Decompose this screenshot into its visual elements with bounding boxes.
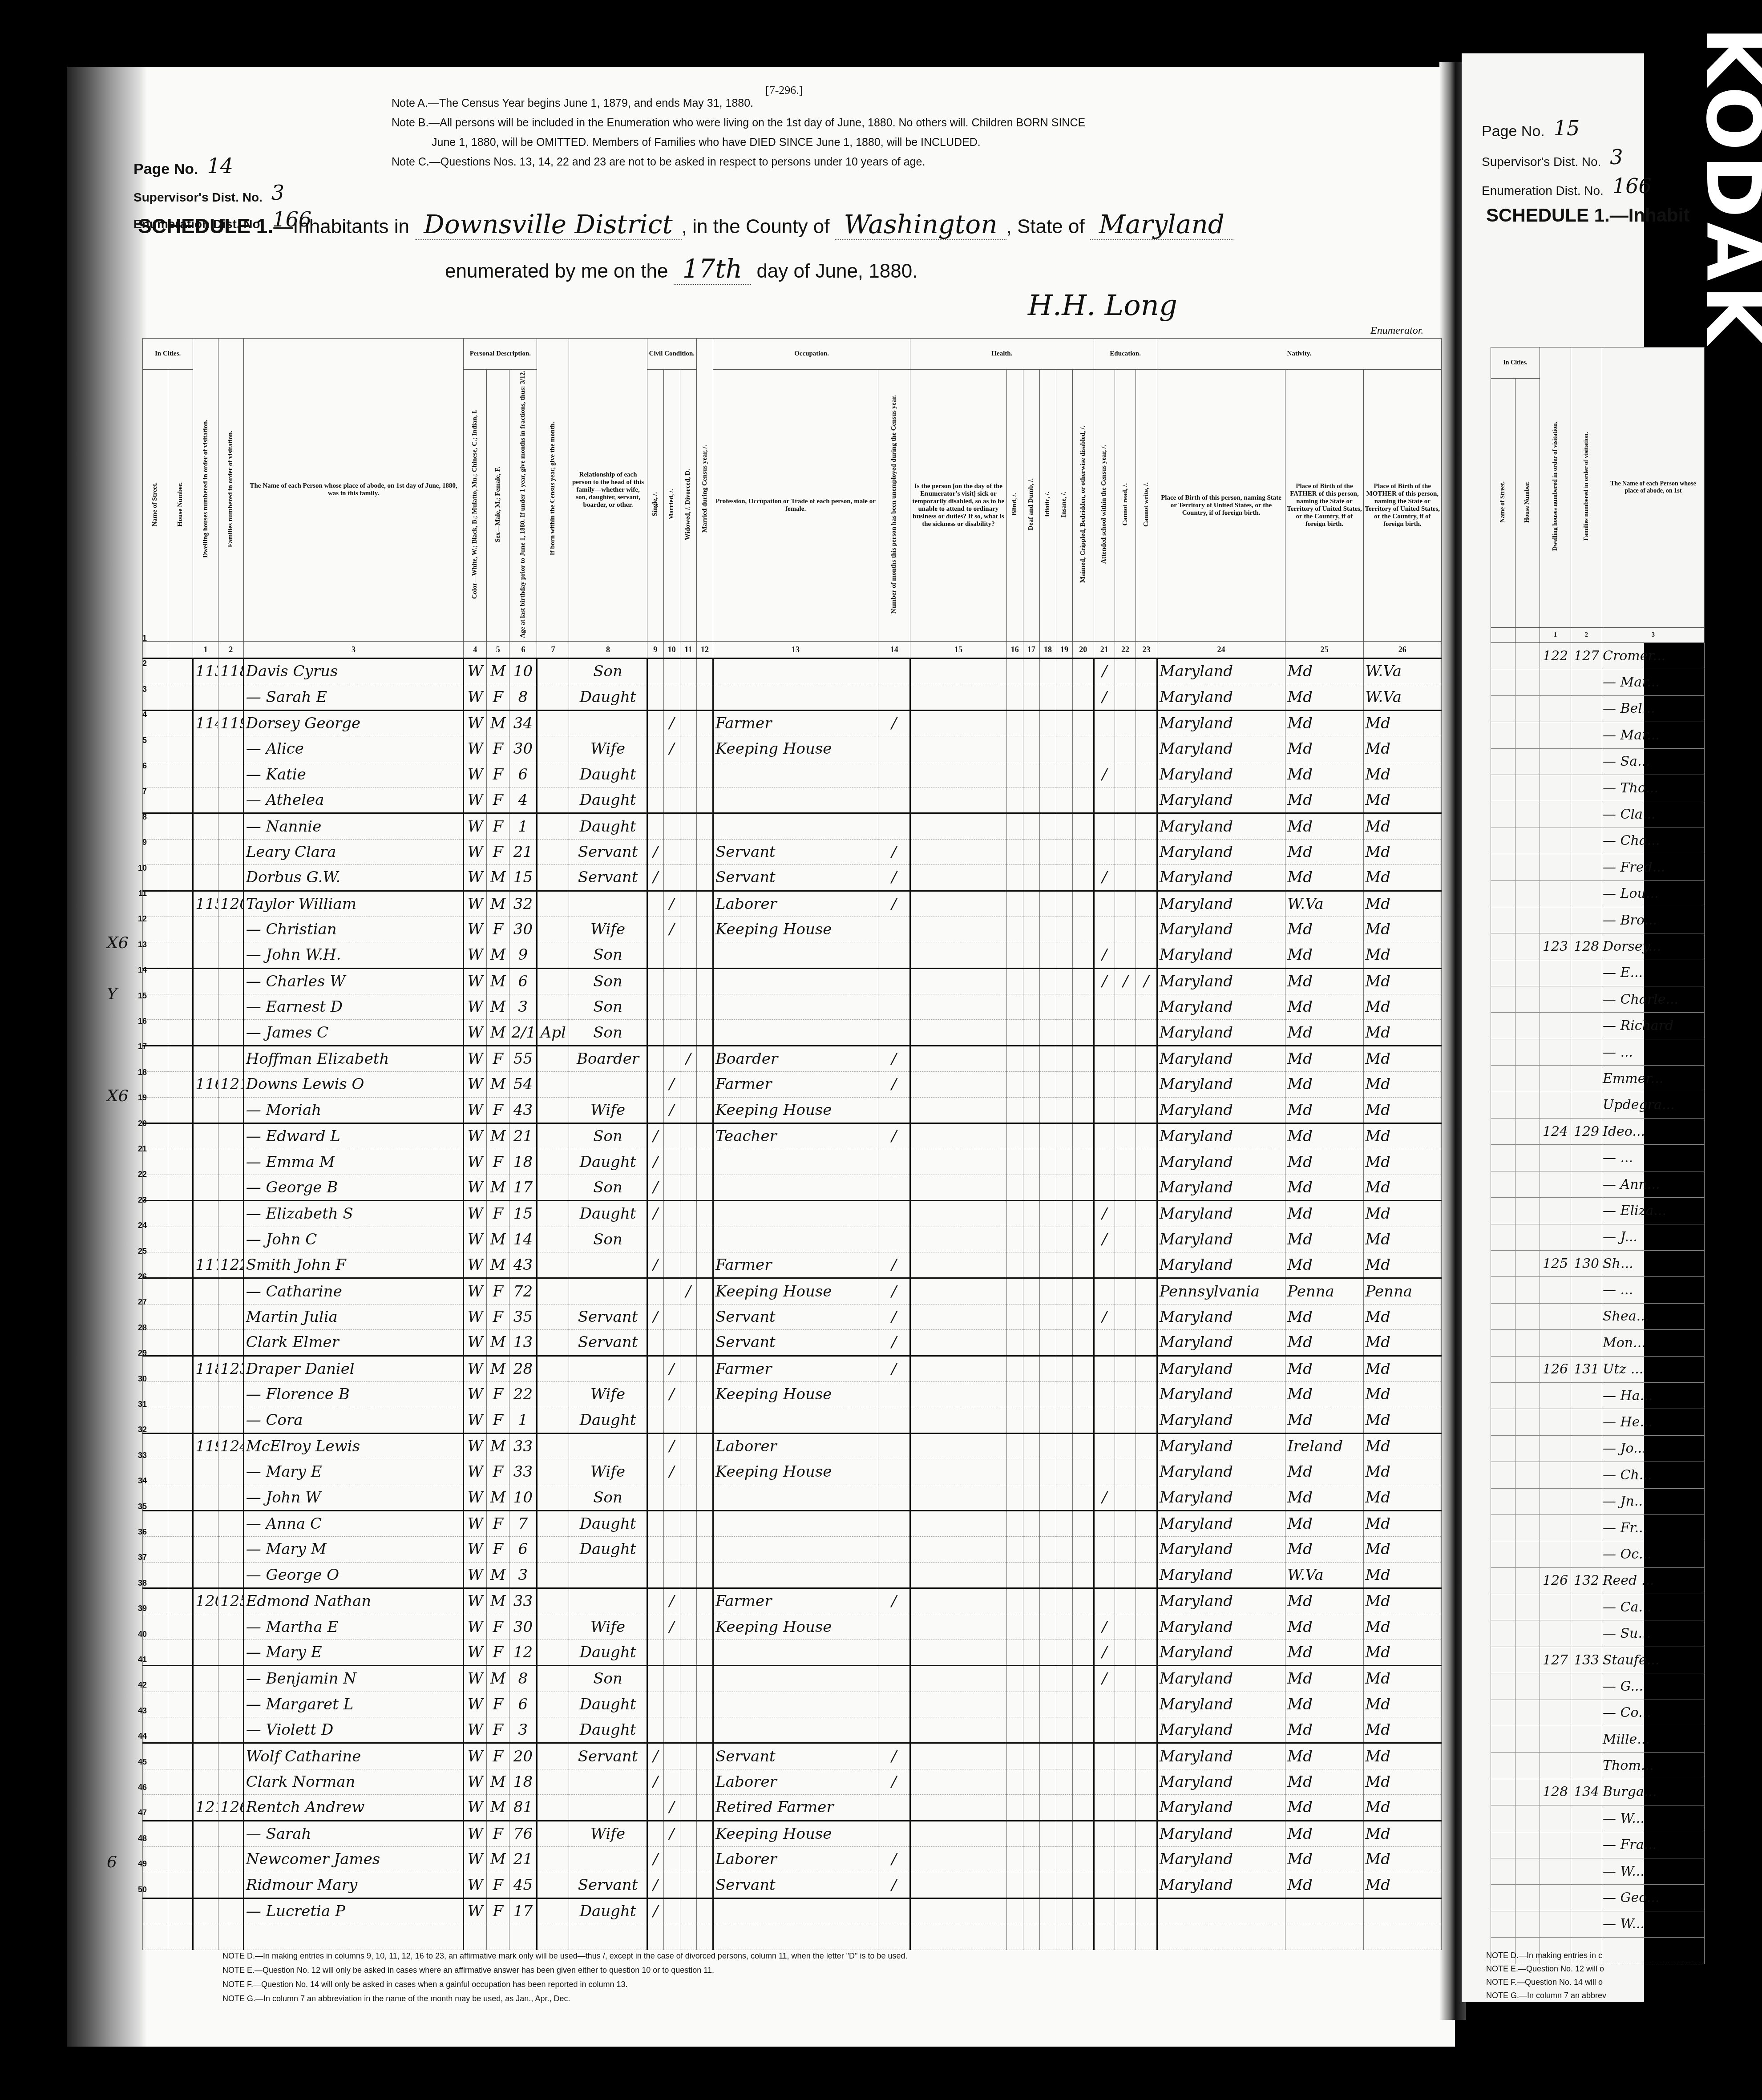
cell-unemployed — [878, 736, 910, 762]
right-cell-house — [1515, 880, 1540, 907]
cell-single — [647, 813, 663, 839]
right-cell-house — [1515, 1198, 1540, 1224]
cell-unemployed — [878, 1433, 910, 1459]
cell-age: 1 — [509, 813, 537, 839]
cell-insane — [1056, 1898, 1072, 1924]
right-cell-name: Thom... — [1602, 1753, 1705, 1779]
right-cell-house — [1515, 1330, 1540, 1356]
cell-unemployed: / — [878, 1846, 910, 1872]
cell-house — [168, 1381, 193, 1407]
right-cell-house — [1515, 1647, 1540, 1673]
right-cell-name: Cromer... — [1602, 643, 1705, 669]
cell-sickness — [910, 1846, 1006, 1872]
line-number: 40 — [133, 1630, 147, 1639]
cell-father-birthplace: W.Va — [1285, 891, 1363, 917]
cell-single — [647, 1692, 663, 1717]
cell-color: W — [464, 710, 487, 736]
right-cell-family — [1571, 907, 1602, 933]
cell-widowed — [680, 1097, 696, 1123]
cell-sex: M — [486, 1227, 509, 1252]
cell-dwelling — [193, 813, 218, 839]
cell-cannot-write — [1136, 865, 1157, 891]
cell-blind — [1006, 994, 1023, 1020]
table-row: — Earnest DWM3SonMarylandMdMd — [143, 994, 1442, 1020]
cell-unemployed — [878, 1020, 910, 1046]
col-insane-header: Insane, /. — [1056, 370, 1072, 642]
cell-married-year — [696, 1330, 713, 1356]
line-number: 39 — [133, 1604, 147, 1613]
right-table-row: — Cla... — [1491, 801, 1705, 828]
cell-family — [218, 1743, 244, 1769]
cell-single: / — [647, 1304, 663, 1329]
right-cell-name: — Eliza... — [1602, 1198, 1705, 1224]
cell-relation: Son — [569, 1123, 647, 1149]
cell-insane — [1056, 1046, 1072, 1071]
cell-sex: F — [486, 1717, 509, 1743]
cell-married-year — [696, 917, 713, 942]
cell-widowed — [680, 942, 696, 968]
cell-month — [537, 1846, 569, 1872]
cell-father-birthplace: Md — [1285, 1046, 1363, 1071]
cell-color: W — [464, 942, 487, 968]
cell-sickness — [910, 1020, 1006, 1046]
cell-family: 122 — [218, 1252, 244, 1278]
right-cell-family — [1571, 669, 1602, 695]
cell-cannot-write — [1136, 839, 1157, 864]
schedule-title-line: SCHEDULE 1.—Inhabitants in Downsville Di… — [138, 209, 1233, 239]
cell-deaf — [1023, 839, 1039, 864]
line-number: 14 — [133, 965, 147, 975]
right-cell-name: Ideo... — [1602, 1119, 1705, 1145]
cell-sickness — [910, 762, 1006, 787]
cell-relation: Daught — [569, 1692, 647, 1717]
table-row: — Charles WWM6Son///MarylandMdMd — [143, 968, 1442, 994]
cell-maimed — [1073, 942, 1094, 968]
line-number: 41 — [133, 1655, 147, 1664]
right-table-row: — Fra... — [1491, 1832, 1705, 1858]
cell-cannot-read — [1115, 917, 1136, 942]
cell-birthplace: Maryland — [1157, 1717, 1285, 1743]
cell-married-year — [696, 1485, 713, 1510]
cell-idiotic — [1039, 891, 1056, 917]
cell-deaf — [1023, 1743, 1039, 1769]
cell-father-birthplace: Md — [1285, 917, 1363, 942]
right-cell-family: 127 — [1571, 643, 1602, 669]
right-cell-street — [1491, 854, 1515, 880]
county-label: , in the County of — [682, 216, 830, 238]
cell-blind — [1006, 1588, 1023, 1614]
cell-cannot-read — [1115, 1821, 1136, 1846]
cell-cannot-read — [1115, 710, 1136, 736]
cell-occupation — [713, 658, 878, 684]
cell-age: 20 — [509, 1743, 537, 1769]
cell-occupation: Laborer — [713, 891, 878, 917]
cell-dwelling — [193, 736, 218, 762]
cell-sickness — [910, 1227, 1006, 1252]
cell-age: 7 — [509, 1510, 537, 1536]
table-row: — AtheleaWF4DaughtMarylandMdMd — [143, 787, 1442, 813]
cell-single — [647, 1097, 663, 1123]
cell-age: 10 — [509, 658, 537, 684]
cell-dwelling — [193, 1123, 218, 1149]
cell-sickness — [910, 1381, 1006, 1407]
right-cell-dwelling — [1540, 1673, 1571, 1700]
cell-family — [218, 1201, 244, 1227]
cell-month — [537, 917, 569, 942]
cell-unemployed: / — [878, 891, 910, 917]
cell-married — [663, 1924, 680, 1950]
table-row: — James CWM2/12AplSonMarylandMdMd — [143, 1020, 1442, 1046]
right-cell-street — [1491, 1013, 1515, 1039]
cell-unemployed — [878, 1924, 910, 1950]
cell-mother-birthplace: Md — [1363, 1872, 1441, 1898]
right-cell-house — [1515, 1250, 1540, 1276]
cell-age: 1 — [509, 1407, 537, 1433]
right-cell-family — [1571, 1198, 1602, 1224]
right-cell-family — [1571, 1673, 1602, 1700]
cell-mother-birthplace — [1363, 1898, 1441, 1924]
cell-name: Clark Norman — [243, 1769, 464, 1794]
cell-idiotic — [1039, 994, 1056, 1020]
cell-insane — [1056, 968, 1072, 994]
cell-age: 4 — [509, 787, 537, 813]
cell-deaf — [1023, 968, 1039, 994]
right-cell-name: — G... — [1602, 1673, 1705, 1700]
table-row: — Mary MWF6DaughtMarylandMdMd — [143, 1537, 1442, 1562]
cell-dwelling — [193, 1175, 218, 1200]
table-row: 121126Rentch AndrewWM81/Retired FarmerMa… — [143, 1795, 1442, 1821]
cell-deaf — [1023, 1433, 1039, 1459]
cell-idiotic — [1039, 1175, 1056, 1200]
enumerated-label: enumerated by me on the — [445, 260, 668, 282]
right-cell-house — [1515, 1092, 1540, 1118]
cell-widowed — [680, 1666, 696, 1692]
cell-cannot-read — [1115, 1304, 1136, 1329]
cell-sickness — [910, 1717, 1006, 1743]
cell-dwelling — [193, 1381, 218, 1407]
cell-mother-birthplace: Md — [1363, 1795, 1441, 1821]
right-cell-dwelling: 123 — [1540, 933, 1571, 960]
right-cell-family — [1571, 1039, 1602, 1065]
cell-school: / — [1094, 1666, 1115, 1692]
cell-family — [218, 1717, 244, 1743]
cell-relation: Servant — [569, 1743, 647, 1769]
cell-occupation: Farmer — [713, 1252, 878, 1278]
cell-sickness — [910, 1304, 1006, 1329]
right-cell-street — [1491, 1409, 1515, 1435]
cell-idiotic — [1039, 1330, 1056, 1356]
cell-cannot-read — [1115, 1614, 1136, 1640]
cell-age: 3 — [509, 994, 537, 1020]
right-cell-family — [1571, 1541, 1602, 1567]
cell-age: 33 — [509, 1433, 537, 1459]
right-cell-name: — Cla... — [1602, 801, 1705, 828]
cell-birthplace: Maryland — [1157, 1149, 1285, 1175]
cell-insane — [1056, 1743, 1072, 1769]
cell-single — [647, 787, 663, 813]
cell-deaf — [1023, 1330, 1039, 1356]
cell-month — [537, 994, 569, 1020]
cell-insane — [1056, 762, 1072, 787]
cell-married-year — [696, 684, 713, 710]
cell-family: 123 — [218, 1356, 244, 1381]
table-row: — Mary EWF12Daught/MarylandMdMd — [143, 1640, 1442, 1665]
cell-family — [218, 787, 244, 813]
right-cell-street — [1491, 1805, 1515, 1832]
cell-deaf — [1023, 994, 1039, 1020]
cell-occupation: Laborer — [713, 1846, 878, 1872]
cell-occupation — [713, 1692, 878, 1717]
cell-insane — [1056, 813, 1072, 839]
cell-birthplace: Maryland — [1157, 1175, 1285, 1200]
cell-mother-birthplace: Md — [1363, 1692, 1441, 1717]
right-page-no-value: 15 — [1554, 116, 1580, 140]
right-cell-family — [1571, 775, 1602, 801]
cell-school: / — [1094, 684, 1115, 710]
cell-family — [218, 839, 244, 864]
cell-birthplace: Maryland — [1157, 1640, 1285, 1665]
cell-idiotic — [1039, 942, 1056, 968]
cell-house — [168, 1666, 193, 1692]
cell-single — [647, 1717, 663, 1743]
cell-maimed — [1073, 1278, 1094, 1304]
cell-age: 2/12 — [509, 1020, 537, 1046]
cell-mother-birthplace: Md — [1363, 1149, 1441, 1175]
cell-occupation — [713, 1149, 878, 1175]
cell-idiotic — [1039, 1149, 1056, 1175]
right-cell-name: — ... — [1602, 1039, 1705, 1065]
cell-occupation: Keeping House — [713, 736, 878, 762]
cell-relation: Son — [569, 658, 647, 684]
cell-occupation — [713, 1562, 878, 1588]
line-number: 16 — [133, 1017, 147, 1026]
cell-married — [663, 839, 680, 864]
cell-cannot-read — [1115, 1459, 1136, 1485]
cell-color: W — [464, 994, 487, 1020]
cell-house — [168, 1924, 193, 1950]
cell-month — [537, 1795, 569, 1821]
right-cell-name: — Bel... — [1602, 695, 1705, 722]
cell-married — [663, 1692, 680, 1717]
cell-insane — [1056, 1717, 1072, 1743]
right-cell-street — [1491, 748, 1515, 775]
cell-cannot-write — [1136, 1769, 1157, 1794]
cell-house — [168, 1459, 193, 1485]
col-family-header: Families numbered in order of visitation… — [218, 339, 244, 642]
cell-house — [168, 1175, 193, 1200]
right-cell-house — [1515, 933, 1540, 960]
cell-sex: M — [486, 1072, 509, 1097]
cell-occupation — [713, 1717, 878, 1743]
cell-cannot-write — [1136, 994, 1157, 1020]
cell-sickness — [910, 1072, 1006, 1097]
cell-deaf — [1023, 1123, 1039, 1149]
cell-family — [218, 1149, 244, 1175]
cell-birthplace: Maryland — [1157, 865, 1285, 891]
cell-relation: Son — [569, 1227, 647, 1252]
right-table-row: Thom... — [1491, 1753, 1705, 1779]
right-col-dwelling: Dwelling houses numbered in order of vis… — [1540, 347, 1571, 628]
cell-name: Edmond Nathan — [243, 1588, 464, 1614]
cell-married — [663, 1898, 680, 1924]
note-c: Note C.—Questions Nos. 13, 14, 22 and 23… — [392, 152, 1085, 172]
cell-house — [168, 1743, 193, 1769]
right-cell-family — [1571, 801, 1602, 828]
cell-unemployed — [878, 1692, 910, 1717]
cell-family — [218, 968, 244, 994]
table-row: 116121Downs Lewis OWM54/Farmer/MarylandM… — [143, 1072, 1442, 1097]
cell-insane — [1056, 787, 1072, 813]
cell-month — [537, 1640, 569, 1665]
right-cell-family: 131 — [1571, 1356, 1602, 1382]
cell-relation: Son — [569, 1666, 647, 1692]
cell-dwelling — [193, 1769, 218, 1794]
cell-single: / — [647, 1846, 663, 1872]
cell-blind — [1006, 1795, 1023, 1821]
cell-insane — [1056, 1227, 1072, 1252]
cell-idiotic — [1039, 1743, 1056, 1769]
cell-name: Smith John F — [243, 1252, 464, 1278]
cell-family — [218, 1898, 244, 1924]
cell-blind — [1006, 865, 1023, 891]
right-cell-street — [1491, 801, 1515, 828]
right-cell-dwelling — [1540, 748, 1571, 775]
table-row: 113118Davis CyrusWM10Son/MarylandMdW.Va — [143, 658, 1442, 684]
col-color-header: Color—White, W.; Black, B.; Mulatto, Mu.… — [464, 370, 487, 642]
cell-widowed — [680, 762, 696, 787]
cell-father-birthplace — [1285, 1898, 1363, 1924]
col-married-header: Married, /. — [663, 370, 680, 642]
right-cell-family — [1571, 1805, 1602, 1832]
right-table-row: 123128Dorsey... — [1491, 933, 1705, 960]
cell-cannot-write — [1136, 1898, 1157, 1924]
line-number: 10 — [133, 864, 147, 873]
cell-occupation: Keeping House — [713, 1614, 878, 1640]
cell-birthplace: Maryland — [1157, 1123, 1285, 1149]
cell-unemployed: / — [878, 710, 910, 736]
cell-relation: Wife — [569, 1097, 647, 1123]
cell-name: Dorsey George — [243, 710, 464, 736]
cell-cannot-read — [1115, 658, 1136, 684]
cell-family — [218, 1020, 244, 1046]
right-cell-name: — Charle... — [1602, 986, 1705, 1013]
cell-birthplace: Maryland — [1157, 1872, 1285, 1898]
cell-idiotic — [1039, 1020, 1056, 1046]
cell-father-birthplace: Md — [1285, 1666, 1363, 1692]
cell-sex: F — [486, 1898, 509, 1924]
right-cell-dwelling — [1540, 828, 1571, 854]
right-cell-dwelling — [1540, 801, 1571, 828]
cell-father-birthplace: Md — [1285, 787, 1363, 813]
cell-idiotic — [1039, 684, 1056, 710]
table-row: — Martha EWF30Wife/Keeping House/Marylan… — [143, 1614, 1442, 1640]
right-cell-street — [1491, 1356, 1515, 1382]
right-cell-house — [1515, 907, 1540, 933]
cell-cannot-write — [1136, 1588, 1157, 1614]
right-cell-name: — Cha... — [1602, 828, 1705, 854]
cell-school — [1094, 1537, 1115, 1562]
right-table-row: 126131Utz ... — [1491, 1356, 1705, 1382]
col-birth-month-header: If born within the Census year, give the… — [537, 339, 569, 642]
cell-deaf — [1023, 1201, 1039, 1227]
cell-month — [537, 1821, 569, 1846]
cell-unemployed: / — [878, 839, 910, 864]
cell-sex: M — [486, 1433, 509, 1459]
cell-birthplace: Maryland — [1157, 994, 1285, 1020]
right-cell-name: Shea... — [1602, 1303, 1705, 1329]
cell-sex: M — [486, 710, 509, 736]
col-blind-header: Blind, /. — [1006, 370, 1023, 642]
cell-maimed — [1073, 1821, 1094, 1846]
cell-dwelling — [193, 1020, 218, 1046]
cell-family — [218, 1407, 244, 1433]
right-cell-family — [1571, 1594, 1602, 1620]
cell-married-year — [696, 658, 713, 684]
cell-name: — Sarah E — [243, 684, 464, 710]
cell-maimed — [1073, 917, 1094, 942]
cell-school — [1094, 1692, 1115, 1717]
cell-age: 12 — [509, 1640, 537, 1665]
col-birthplace-header: Place of Birth of this person, naming St… — [1157, 370, 1285, 642]
cell-color: W — [464, 1769, 487, 1794]
margin-annotation: X6 — [107, 934, 129, 952]
right-cell-house — [1515, 1620, 1540, 1647]
line-number: 9 — [133, 838, 147, 847]
cell-house — [168, 1072, 193, 1097]
cell-single — [647, 1046, 663, 1071]
right-cell-dwelling — [1540, 1066, 1571, 1092]
cell-deaf — [1023, 917, 1039, 942]
cell-house — [168, 1123, 193, 1149]
cell-birthplace: Maryland — [1157, 813, 1285, 839]
cell-idiotic — [1039, 787, 1056, 813]
line-number: 6 — [133, 761, 147, 771]
right-cell-family — [1571, 1462, 1602, 1488]
cell-cannot-write — [1136, 710, 1157, 736]
cell-age: 21 — [509, 1123, 537, 1149]
cell-maimed — [1073, 1769, 1094, 1794]
cell-age: 6 — [509, 762, 537, 787]
note-e: NOTE E.—Question No. 12 will only be ask… — [222, 1963, 908, 1977]
cell-father-birthplace: Md — [1285, 865, 1363, 891]
cell-idiotic — [1039, 658, 1056, 684]
cell-family — [218, 1097, 244, 1123]
cell-father-birthplace: Md — [1285, 1769, 1363, 1794]
right-cell-name: — J... — [1602, 1224, 1705, 1250]
cell-dwelling — [193, 1640, 218, 1665]
cell-insane — [1056, 1588, 1072, 1614]
col-house-header: House Number. — [168, 370, 193, 642]
right-cell-house — [1515, 1382, 1540, 1409]
cell-family — [218, 865, 244, 891]
cell-relation: Wife — [569, 1614, 647, 1640]
cell-school — [1094, 736, 1115, 762]
cell-sickness — [910, 1588, 1006, 1614]
cell-married-year — [696, 1692, 713, 1717]
cell-blind — [1006, 1433, 1023, 1459]
cell-blind — [1006, 1666, 1023, 1692]
cell-married — [663, 1252, 680, 1278]
cell-house — [168, 1537, 193, 1562]
cell-maimed — [1073, 1356, 1094, 1381]
cell-age: 30 — [509, 917, 537, 942]
cell-unemployed — [878, 1795, 910, 1821]
right-cell-name: Burga... — [1602, 1779, 1705, 1805]
cell-mother-birthplace: Md — [1363, 1381, 1441, 1407]
cell-deaf — [1023, 1898, 1039, 1924]
cell-blind — [1006, 1846, 1023, 1872]
right-cell-street — [1491, 960, 1515, 986]
